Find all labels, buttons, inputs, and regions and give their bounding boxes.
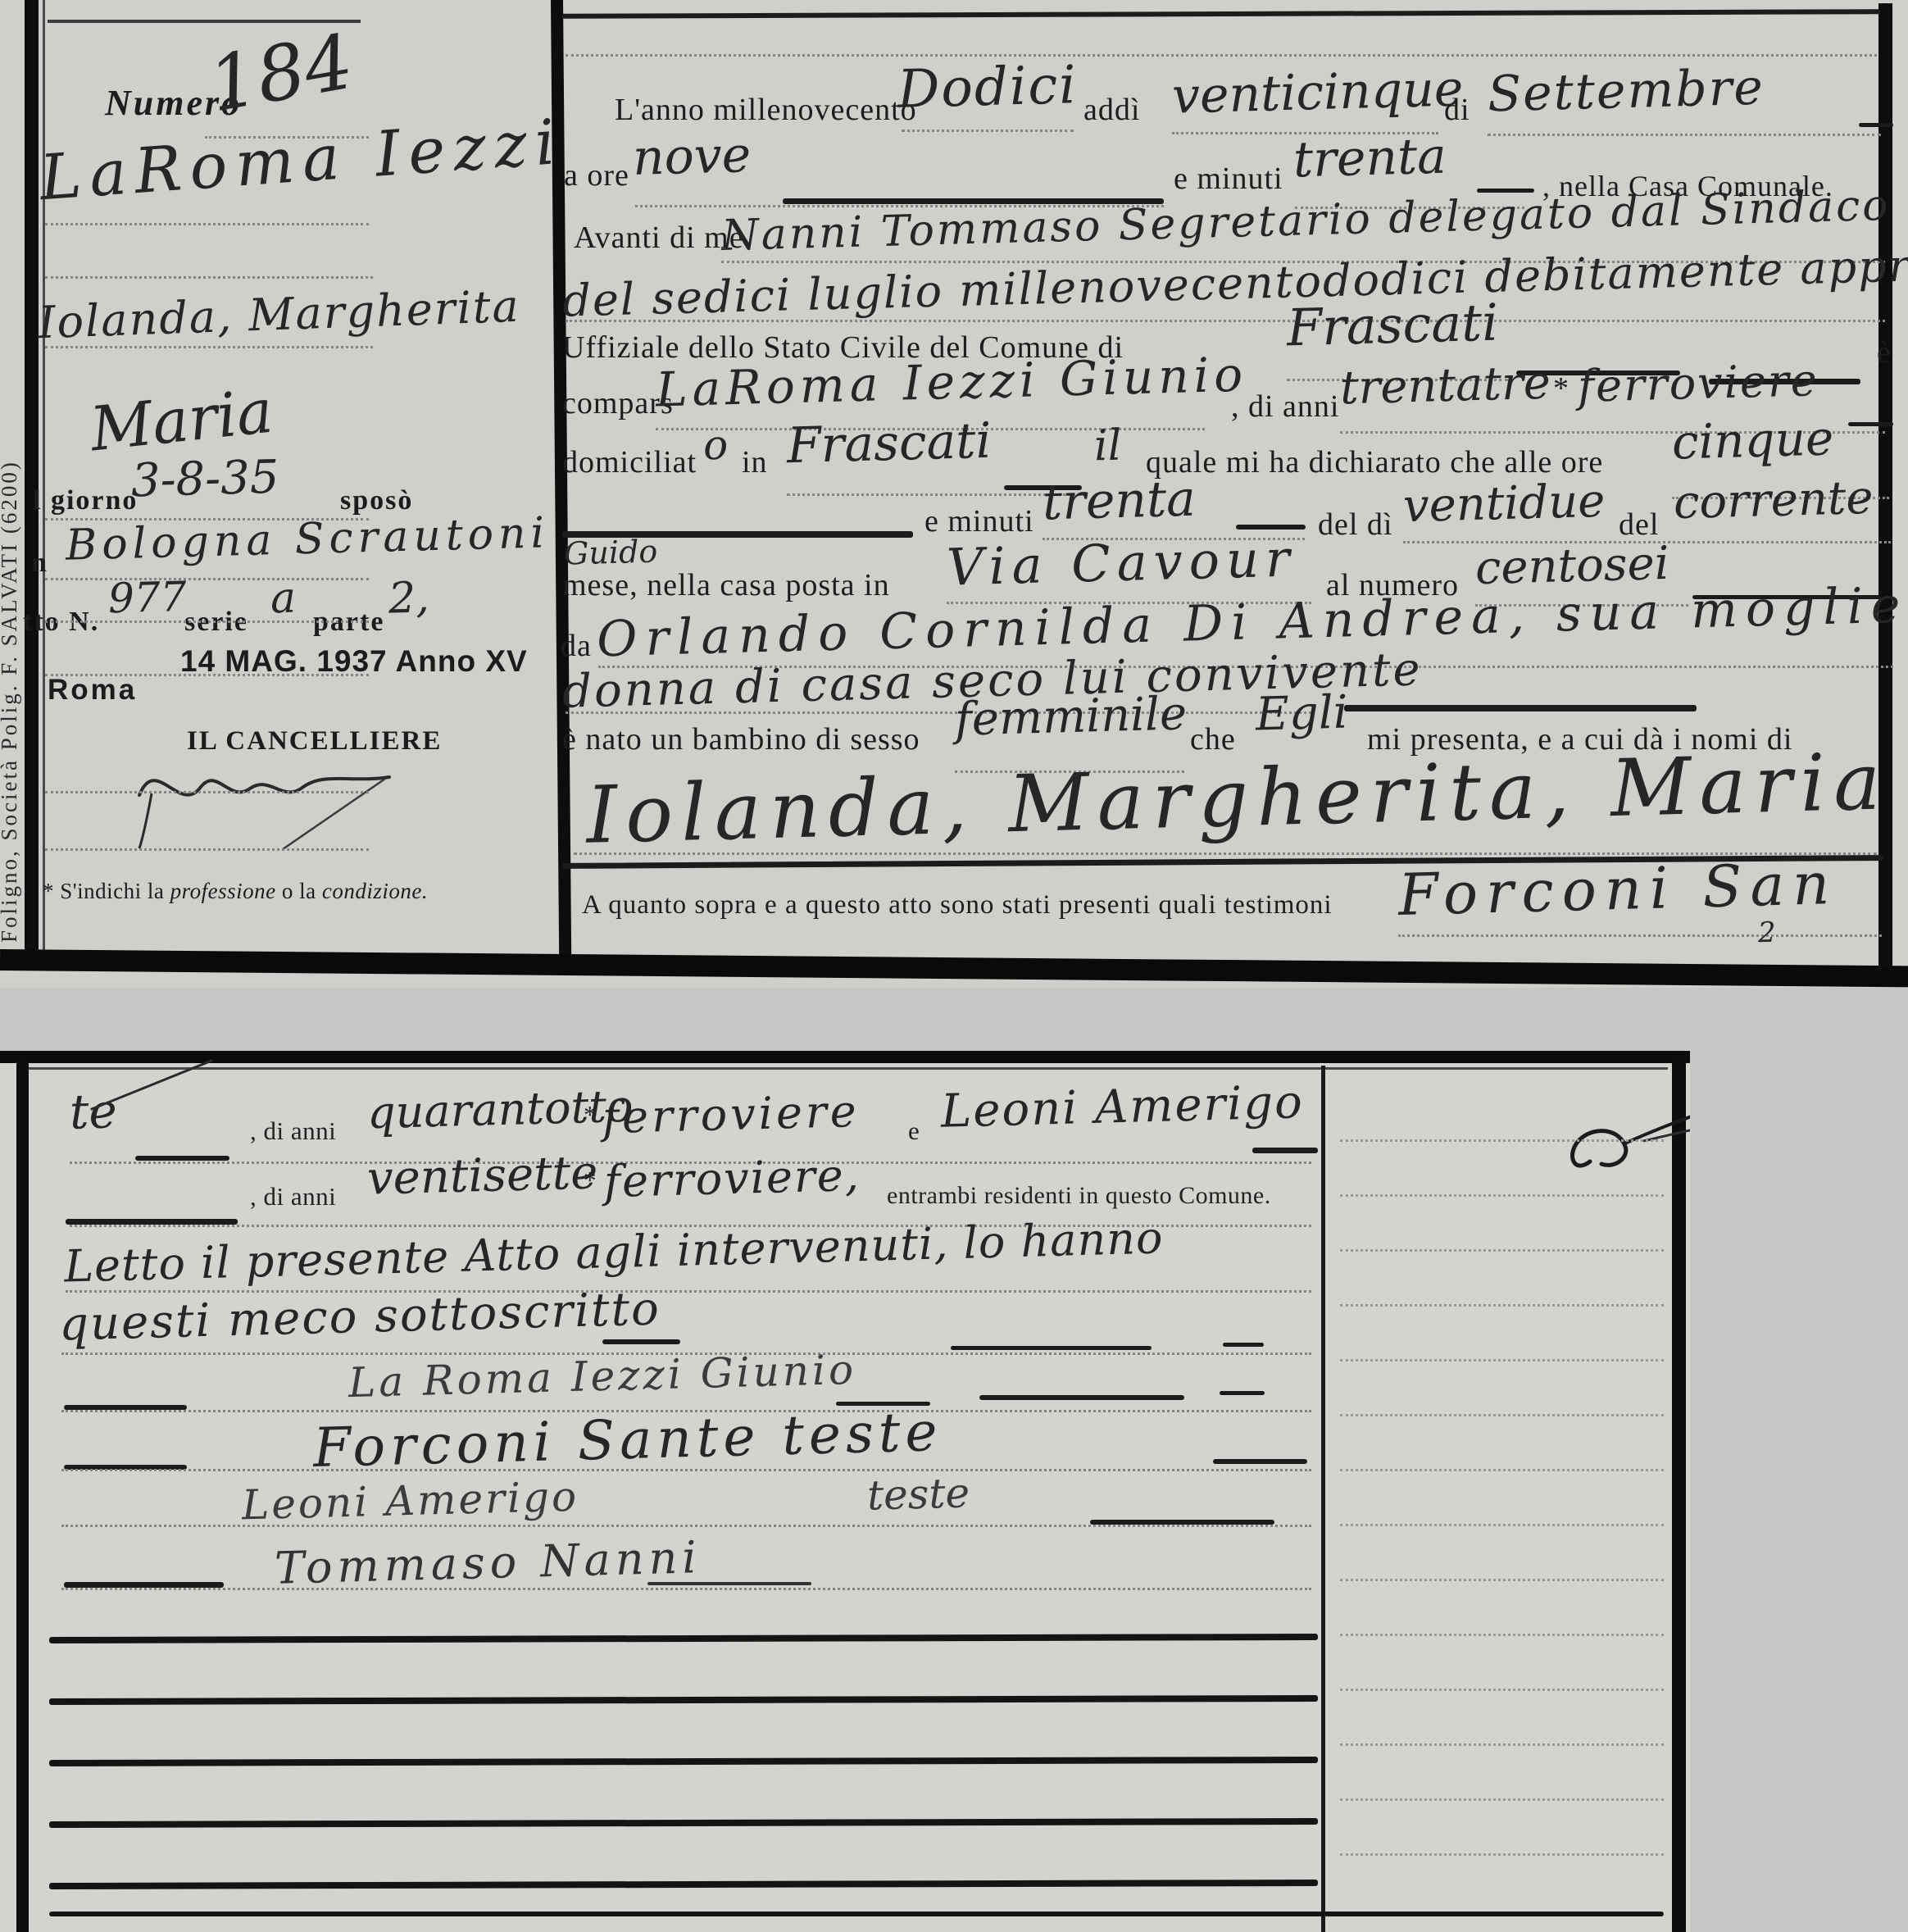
marriage-act-number: 977 xyxy=(107,573,187,622)
footnote-star: * xyxy=(43,879,54,903)
margin-ruled-line xyxy=(1340,1359,1664,1361)
bottom-border-rule xyxy=(0,949,1908,987)
ink-line xyxy=(1344,705,1697,711)
witness2-name-entry: Leoni Amerigo xyxy=(940,1075,1304,1139)
sex-entry: femminile xyxy=(954,687,1188,746)
serie-value: a xyxy=(270,574,297,624)
ink-line xyxy=(135,1156,229,1161)
birth-hour-entry: cinque xyxy=(1671,410,1834,470)
declaration-label: quale mi ha dichiarato che alle ore xyxy=(1146,444,1603,480)
ink-line xyxy=(1848,422,1893,426)
ruled-line xyxy=(45,578,369,580)
birth-day-entry: ventidue xyxy=(1402,475,1606,533)
margin-ruled-line xyxy=(1340,1249,1664,1252)
ruled-line xyxy=(566,320,1885,322)
da-label: da xyxy=(561,628,592,664)
record-number-value: 184 xyxy=(202,18,360,130)
margin-divider-rule xyxy=(1321,1066,1325,1932)
day-label: addì xyxy=(1083,92,1140,128)
left-border-rule xyxy=(25,0,39,966)
age-label: , di anni xyxy=(250,1182,336,1211)
signature-official: Tommaso Nanni xyxy=(274,1531,702,1594)
marriage-date-entry: 3-8-35 xyxy=(130,451,279,508)
ruled-line xyxy=(1398,934,1882,937)
minutes-label: e minuti xyxy=(924,503,1034,539)
year-label: L'anno millenovecento xyxy=(615,92,917,128)
e-label: e xyxy=(908,1116,920,1146)
signature-witness-2: Leoni Amerigo xyxy=(241,1473,579,1530)
top-border-rule xyxy=(562,9,1880,19)
month-ref-entry: corrente xyxy=(1673,471,1874,530)
birth-record-page: Foligno, Società Polig. F. SALVATI (6200… xyxy=(0,0,1908,988)
residence-entry: Frascati xyxy=(786,412,992,475)
marriage-stamp-label: n xyxy=(31,548,48,579)
profession-entry: ferroviere xyxy=(1577,354,1819,412)
interline-annotation: Guido xyxy=(563,534,657,572)
witness1-profession-entry: ferroviere xyxy=(602,1085,860,1143)
footnote: * S'indichi la professione o la condizio… xyxy=(43,879,428,904)
page-note: 2 xyxy=(1757,916,1776,950)
margin-ruled-line xyxy=(1340,1798,1664,1801)
ruled-line xyxy=(902,130,1074,132)
day-of-label: del dì xyxy=(1318,507,1392,543)
official-label: Avanti di me xyxy=(574,220,744,256)
footnote-star: * xyxy=(584,1166,597,1195)
signature-witness-2-role: teste xyxy=(866,1469,970,1519)
margin-ruled-line xyxy=(1340,1194,1664,1197)
residence-letter-entry: o xyxy=(702,421,729,470)
blank-line xyxy=(49,1757,1318,1766)
birth-sex-label: è nato un bambino di sesso xyxy=(562,721,920,757)
street-entry: Via Cavour xyxy=(946,528,1297,597)
margin-ruled-line xyxy=(1340,1139,1664,1142)
top-border-thin-rule xyxy=(25,1067,1668,1070)
birth-record-continuation-page: te , di anni quarantotto * ferroviere e … xyxy=(0,1051,1690,1932)
ink-line xyxy=(647,1582,811,1585)
blank-line xyxy=(49,1880,1318,1889)
ruled-line xyxy=(61,1525,1311,1527)
month-entry: Settembre xyxy=(1487,59,1765,124)
margin-ruled-line xyxy=(1340,1304,1664,1307)
footnote-text: S'indichi la xyxy=(60,879,170,903)
signature-declarant: La Roma Iezzi Giunio xyxy=(348,1346,856,1407)
ruled-line xyxy=(45,791,369,793)
ruled-line xyxy=(566,54,1877,57)
minutes-label: e minuti xyxy=(1174,161,1283,197)
ruled-line xyxy=(1488,134,1881,136)
ink-line xyxy=(951,1346,1152,1350)
ink-line xyxy=(979,1395,1184,1400)
minutes-entry: trenta xyxy=(1292,128,1447,189)
marriage-stamp-label: l giorno xyxy=(33,485,138,516)
city-stamp: Roma xyxy=(48,674,137,707)
witness2-age-entry: ventisette xyxy=(366,1146,598,1205)
ruled-line xyxy=(566,711,1311,714)
ruled-line xyxy=(61,1588,1311,1590)
margin-ruled-line xyxy=(1340,1853,1664,1856)
footnote-star: * xyxy=(1553,370,1570,407)
margin-ruled-line xyxy=(1340,1469,1664,1471)
margin-ruled-line xyxy=(1340,1414,1664,1416)
in-label: in xyxy=(742,444,768,480)
parte-value: 2, xyxy=(388,573,429,623)
house-label: mese, nella casa posta in xyxy=(562,567,890,603)
margin-ruled-line xyxy=(1340,1689,1664,1691)
age-label: , di anni xyxy=(250,1116,336,1146)
age-label: , di anni xyxy=(1231,389,1339,425)
ink-line xyxy=(1220,1391,1265,1395)
ink-line xyxy=(1252,1148,1318,1153)
witness2-profession-entry: ferroviere, xyxy=(603,1149,861,1207)
ink-line xyxy=(64,1582,224,1588)
ruled-line xyxy=(45,276,373,279)
ink-line xyxy=(602,1339,680,1344)
margin-ruled-line xyxy=(1340,1524,1664,1526)
age-entry: trentatre xyxy=(1339,357,1551,416)
blank-line xyxy=(49,1912,1664,1916)
left-border-rule xyxy=(16,1059,29,1932)
presenter-entry: Egli xyxy=(1255,686,1348,742)
day-entry: venticinque xyxy=(1171,60,1464,125)
right-border-rule xyxy=(1878,3,1892,980)
birth-minutes-entry: trenta xyxy=(1042,470,1197,532)
footnote-text: o la xyxy=(276,879,322,903)
ruled-line xyxy=(45,621,369,623)
margin-ruled-line xyxy=(1340,1579,1664,1581)
printer-imprint: Foligno, Società Polig. F. SALVATI (6200… xyxy=(0,205,26,943)
ruled-line xyxy=(45,848,369,851)
footnote-italic: condizione. xyxy=(322,879,428,903)
margin-ruled-line xyxy=(1340,1634,1664,1636)
ink-line xyxy=(1213,1459,1307,1464)
closing-formula-entry-2: questi meco sottoscritto xyxy=(58,1282,661,1351)
residence-label: domiciliat xyxy=(562,444,697,480)
hour-entry: nove xyxy=(632,126,752,187)
footnote-star: * xyxy=(584,1100,597,1130)
witnesses-label: A quanto sopra e a questo atto sono stat… xyxy=(582,890,1333,921)
witness-continuation-entry: te xyxy=(69,1083,117,1139)
margin-ruled-line xyxy=(1340,1743,1664,1746)
top-border-rule xyxy=(0,1051,1690,1063)
comune-entry: Frascati xyxy=(1286,293,1499,358)
blank-line xyxy=(49,1695,1318,1705)
ruled-line xyxy=(45,223,369,225)
year-entry: Dodici xyxy=(897,55,1078,120)
ruled-line xyxy=(45,346,373,348)
blank-line xyxy=(49,1818,1318,1828)
ink-line xyxy=(1223,1343,1264,1347)
pen-flourish xyxy=(1565,1075,1690,1190)
ink-line xyxy=(1859,123,1893,127)
residents-label: entrambi residenti in questo Comune. xyxy=(887,1182,1271,1210)
given-names-entry: Iolanda, Margherita xyxy=(37,280,521,349)
e-label: è xyxy=(1877,334,1892,370)
ruled-line xyxy=(61,1469,1311,1471)
footnote-italic: professione xyxy=(170,879,276,903)
month-label: di xyxy=(1444,92,1470,128)
il-entry: il xyxy=(1093,421,1122,471)
blank-line xyxy=(49,1634,1318,1643)
hour-label: a ore xyxy=(564,157,629,193)
chancellor-signature xyxy=(107,738,451,852)
ruled-line xyxy=(787,493,1082,496)
ink-line xyxy=(66,1219,238,1225)
